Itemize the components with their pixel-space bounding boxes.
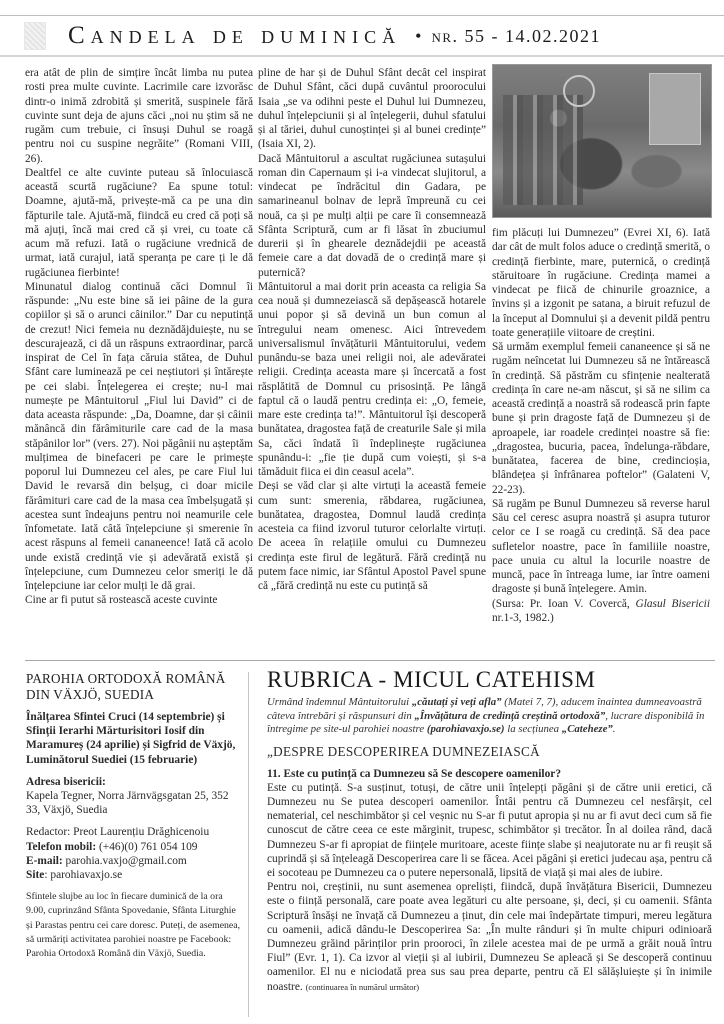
paragraph: Mântuitorul a mai dorit prin aceasta ca …	[258, 280, 486, 480]
catechism-question: 11. Este cu putință ca Dumnezeu să Se de…	[267, 767, 712, 781]
continuation-note: (continuarea în numărul următor)	[306, 982, 420, 992]
masthead-top-rule	[0, 15, 724, 16]
email: E-mail: parohia.vaxjo@gmail.com	[26, 854, 241, 868]
paragraph: Dacă Mântuitorul a ascultat rugăciunea s…	[258, 152, 486, 280]
paragraph: Dealtfel ce alte cuvinte puteau să înloc…	[25, 166, 253, 280]
section-divider	[25, 660, 715, 661]
masthead-bottom-rule	[0, 55, 724, 57]
paragraph: Deși se văd clar și alte virtuți la acea…	[258, 479, 486, 593]
issue-number-date: nr. 55 - 14.02.2021	[431, 26, 601, 47]
column-divider	[248, 672, 249, 1017]
paragraph: Să rugăm pe Bunul Dumnezeu să reverse ha…	[492, 497, 710, 597]
parish-crest-icon	[24, 22, 46, 50]
building-backdrop	[649, 73, 701, 145]
article-column-3: fim plăcuți lui Dumnezeu” (Evrei XI, 6).…	[492, 64, 710, 625]
phone: Telefon mobil: (+46)(0) 761 054 109	[26, 840, 241, 854]
article-column-1: era atât de plin de simțire încât limba …	[25, 66, 253, 608]
catechism-answer: Este cu putință. S-a susținut, totuși, d…	[267, 781, 712, 994]
paragraph: Cine ar fi putut să rostească aceste cuv…	[25, 593, 253, 607]
parish-info: PAROHIA ORTODOXĂ ROMÂNĂ DIN VÄXJÖ, SUEDI…	[26, 671, 241, 961]
catechism-section: RUBRICA - MICUL CATEHISM Urmând îndemnul…	[267, 667, 712, 994]
contact-block: Redactor: Preot Laurențiu Drăghicenoiu T…	[26, 825, 241, 882]
paragraph: pline de har și de Duhul Sfânt decât cel…	[258, 66, 486, 152]
email-link[interactable]: parohia.vaxjo@gmail.com	[63, 855, 187, 867]
icon-painting-image	[492, 64, 712, 218]
newsletter-title: Candela de duminică	[68, 22, 401, 50]
site-link[interactable]: : parohiavaxjo.se	[44, 869, 122, 881]
christ-halo	[563, 75, 595, 107]
paragraph: Minunatul dialog continuă căci Domnul îi…	[25, 280, 253, 594]
catechism-title: RUBRICA - MICUL CATEHISM	[267, 667, 712, 693]
apostles-figures	[503, 95, 583, 205]
article-column-2: pline de har și de Duhul Sfânt decât cel…	[258, 66, 486, 593]
parish-patrons: Înălțarea Sfintei Cruci (14 septembrie) …	[26, 710, 241, 767]
parish-name: PAROHIA ORTODOXĂ ROMÂNĂ DIN VÄXJÖ, SUEDI…	[26, 671, 241, 702]
service-schedule: Sfintele slujbe au loc în fiecare dumini…	[26, 890, 241, 961]
site: Site: parohiavaxjo.se	[26, 868, 241, 882]
paragraph: Să urmăm exemplul femeii cananeence și s…	[492, 340, 710, 497]
church-address: Adresa bisericii: Kapela Tegner, Norra J…	[26, 775, 241, 818]
bullet-separator: •	[415, 26, 421, 47]
source-citation: (Sursa: Pr. Ioan V. Covercă, Glasul Bise…	[492, 597, 710, 626]
catechism-intro: Urmând îndemnul Mântuitorului „căutați ș…	[267, 696, 712, 737]
paragraph: fim plăcuți lui Dumnezeu” (Evrei XI, 6).…	[492, 226, 710, 340]
paragraph: era atât de plin de simțire încât limba …	[25, 66, 253, 166]
editor: Redactor: Preot Laurențiu Drăghicenoiu	[26, 825, 241, 839]
catechism-subtitle: „DESPRE DESCOPERIREA DUMNEZEIASCĂ	[267, 744, 712, 760]
masthead: Candela de duminică • nr. 55 - 14.02.202…	[24, 18, 704, 54]
site-link[interactable]: (parohiavaxjo.se)	[427, 723, 505, 735]
